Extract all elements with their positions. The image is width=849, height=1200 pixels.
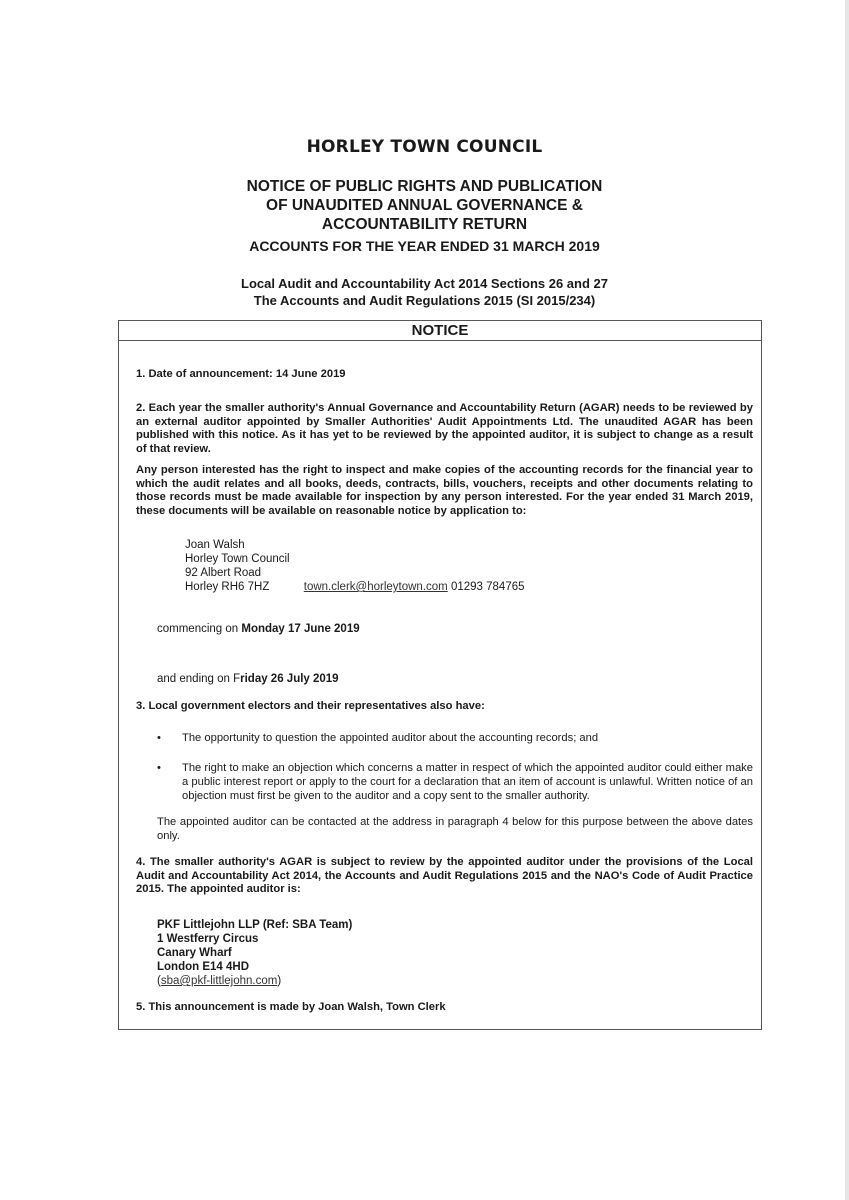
contact-phone: 01293 784765 [451,581,525,593]
notice-heading: NOTICE [119,321,761,341]
contact-email-link[interactable]: town.clerk@horleytown.com [304,581,448,593]
contact-organisation: Horley Town Council [185,552,525,566]
notice-title-line: OF UNAUDITED ANNUAL GOVERNANCE & [0,196,849,215]
item-2-agar-review: 2. Each year the smaller authority's Ann… [136,402,753,456]
commencing-date: Monday 17 June 2019 [241,623,359,635]
bullet-icon: • [157,731,161,745]
commencing-label: commencing on [157,623,241,635]
item-4-agar-provisions: 4. The smaller authority's AGAR is subje… [136,856,753,897]
item-5-announcement-by: 5. This announcement is made by Joan Wal… [136,1001,753,1015]
ending-label: and ending on F [157,673,240,685]
auditor-email-line: (sba@pkf-littlejohn.com) [157,974,352,988]
item-3-elector-rights: 3. Local government electors and their r… [136,700,753,714]
notice-box: NOTICE 1. Date of announcement: 14 June … [118,320,762,1030]
ending-date: riday 26 July 2019 [240,673,338,685]
bullet-item: • The opportunity to question the appoin… [157,731,753,745]
notice-title: NOTICE OF PUBLIC RIGHTS AND PUBLICATION … [0,177,849,234]
ending-date-line: and ending on Friday 26 July 2019 [157,673,339,687]
contact-town-postcode: Horley RH6 7HZ [185,581,269,593]
legislation-line: The Accounts and Audit Regulations 2015 … [0,292,849,309]
item-1-announcement-date: 1. Date of announcement: 14 June 2019 [136,368,753,382]
legislation-line: Local Audit and Accountability Act 2014 … [0,275,849,292]
inspection-rights: Any person interested has the right to i… [136,464,753,518]
contact-name: Joan Walsh [185,538,525,552]
bullet-icon: • [157,761,161,775]
auditor-area: Canary Wharf [157,946,352,960]
notice-title-line: ACCOUNTABILITY RETURN [0,215,849,234]
council-title: HORLEY TOWN COUNCIL [0,137,849,157]
auditor-firm: PKF Littlejohn LLP (Ref: SBA Team) [157,918,352,932]
bullet-item: • The right to make an objection which c… [157,761,753,803]
auditor-address: PKF Littlejohn LLP (Ref: SBA Team) 1 Wes… [157,918,352,988]
commencing-date-line: commencing on Monday 17 June 2019 [157,623,360,637]
auditor-street: 1 Westferry Circus [157,932,352,946]
notice-title-line: NOTICE OF PUBLIC RIGHTS AND PUBLICATION [0,177,849,196]
auditor-contact-note: The appointed auditor can be contacted a… [157,816,753,843]
paren-close: ) [277,975,281,987]
accounts-year-title: ACCOUNTS FOR THE YEAR ENDED 31 MARCH 201… [0,238,849,254]
legislation-reference: Local Audit and Accountability Act 2014 … [0,275,849,309]
auditor-city-postcode: London E14 4HD [157,960,352,974]
clerk-contact-address: Joan Walsh Horley Town Council 92 Albert… [185,538,525,594]
bullet-text: The right to make an objection which con… [182,761,753,803]
bullet-text: The opportunity to question the appointe… [182,731,753,745]
contact-street: 92 Albert Road [185,566,525,580]
auditor-email-link[interactable]: sba@pkf-littlejohn.com [161,975,278,987]
contact-town-line: Horley RH6 7HZ town.clerk@horleytown.com… [185,580,525,594]
